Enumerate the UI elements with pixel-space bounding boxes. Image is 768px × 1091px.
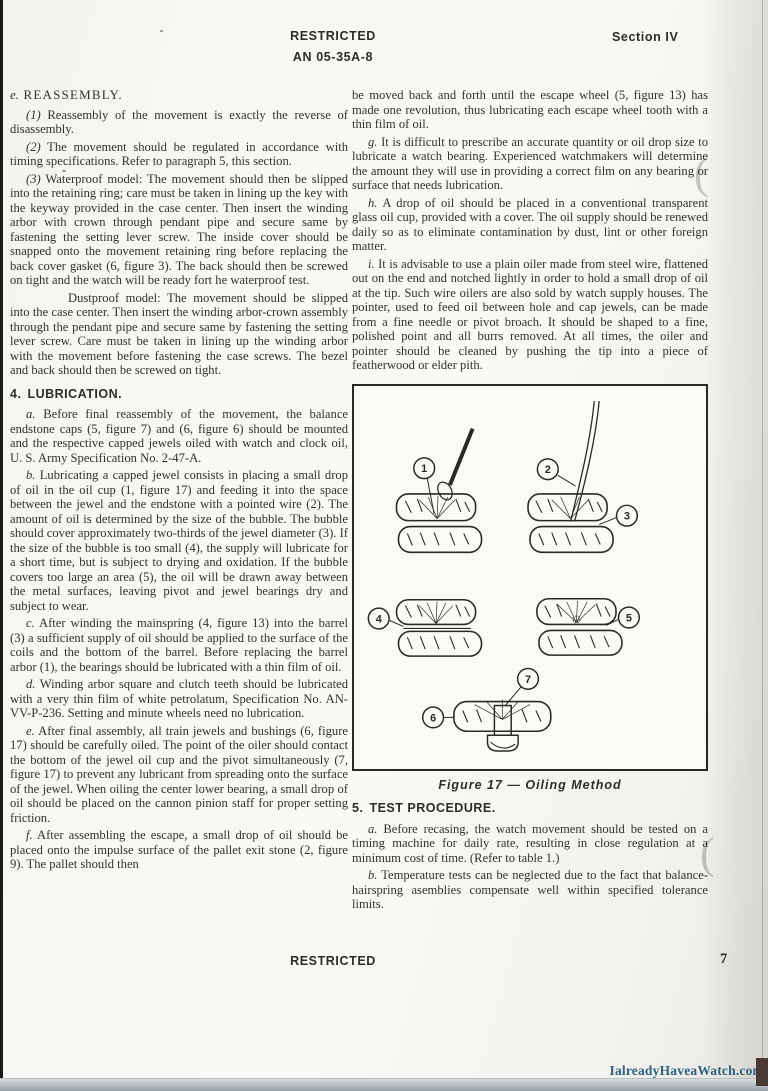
paragraph: b. Temperature tests can be neglected du… (352, 868, 708, 912)
scan-left-border (0, 0, 3, 1091)
watermark-text: IalreadyHaveaWatch.com (609, 1063, 764, 1079)
paragraph: Dustproof model: The movement should be … (10, 291, 348, 378)
svg-text:4: 4 (376, 613, 382, 625)
paragraph: (2) The movement should be regulated in … (10, 140, 348, 169)
svg-text:3: 3 (624, 510, 630, 522)
right-column: be moved back and forth until the escape… (352, 88, 708, 915)
figure-train-jewel-pivot: 6 7 (423, 668, 551, 751)
paragraph: h. A drop of oil should be placed in a c… (352, 196, 708, 254)
paragraph: g. It is difficult to prescribe an accur… (352, 135, 708, 193)
figure-callout-4: 4 (368, 608, 389, 629)
paragraph: c. After winding the mainspring (4, figu… (10, 616, 348, 674)
heading-lubrication: 4.LUBRICATION. (10, 387, 348, 402)
paragraph: i. It is advisable to use a plain oiler … (352, 257, 708, 373)
heading-test-procedure: 5.TEST PROCEDURE. (352, 801, 708, 816)
figure-jewel-pair-wire: 2 3 (528, 401, 637, 552)
figure-callout-3: 3 (617, 505, 638, 526)
figure-jewel-pair-small-bubble: 4 (368, 599, 481, 655)
figure-callout-6: 6 (423, 707, 444, 728)
header-doc-number: AN 05-35A-8 (293, 50, 373, 64)
scan-speck (160, 30, 163, 32)
header-section: Section IV (612, 30, 678, 44)
header-classification: RESTRICTED (290, 29, 376, 43)
paragraph: e. After final assembly, all train jewel… (10, 724, 348, 826)
svg-text:7: 7 (525, 673, 531, 685)
scan-right-edge-line (762, 0, 763, 1091)
figure-callout-2: 2 (537, 458, 558, 479)
paragraph: a. Before recasing, the watch movement s… (352, 822, 708, 866)
left-column: e. REASSEMBLY. (1) Reassembly of the mov… (10, 88, 348, 875)
heading-reassembly: e. REASSEMBLY. (10, 88, 348, 103)
svg-text:1: 1 (421, 463, 427, 475)
svg-text:6: 6 (430, 712, 436, 724)
page-number: 7 (720, 951, 727, 968)
paragraph: a. Before final reassembly of the moveme… (10, 407, 348, 465)
paragraph: (1) Reassembly of the movement is exactl… (10, 108, 348, 137)
figure-callout-1: 1 (414, 457, 435, 478)
figure-17-oiling-method: 1 2 3 (352, 384, 708, 771)
scan-bottom-strip (0, 1078, 768, 1091)
svg-text:2: 2 (545, 464, 551, 476)
svg-text:5: 5 (626, 612, 632, 624)
paragraph: f. After assembling the escape, a small … (10, 828, 348, 872)
figure-caption: Figure 17 — Oiling Method (352, 778, 708, 793)
paragraph: be moved back and forth until the escape… (352, 88, 708, 132)
scan-right-gutter (702, 0, 768, 1091)
figure-jewel-pair-large-bubble: 5 (537, 598, 639, 654)
figure-callout-5: 5 (618, 607, 639, 628)
paragraph: d. Winding arbor square and clutch teeth… (10, 677, 348, 721)
figure-callout-7: 7 (518, 668, 539, 689)
figure-jewel-pair-oiler-drop: 1 (397, 428, 482, 552)
scan-corner-block (756, 1058, 768, 1086)
footer-classification: RESTRICTED (290, 954, 376, 968)
paragraph: b. Lubricating a capped jewel consists i… (10, 468, 348, 613)
paragraph: (3) Waterproof model: The movement shoul… (10, 172, 348, 288)
oiling-method-diagram: 1 2 3 (354, 386, 706, 769)
